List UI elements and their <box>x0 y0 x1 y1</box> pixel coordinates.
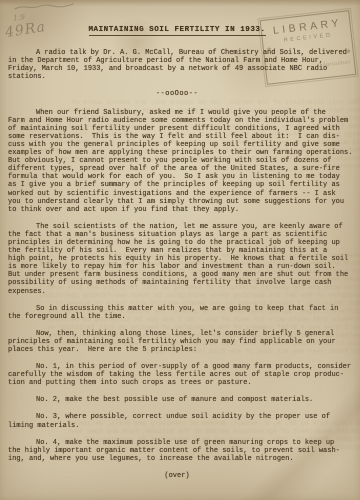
scanned-document-page: { "doc": { "pencil": { "mark_top": "1.9"… <box>0 0 360 500</box>
document-paragraph: Now, then, thinking along those lines, l… <box>8 330 360 354</box>
document-paragraph: So in discussing this matter with you, w… <box>8 305 360 321</box>
document-title: MAINTAINING SOIL FERTILITY IN 1933. <box>8 26 346 34</box>
document-paragraph: When our friend Salisbury, asked me if I… <box>8 109 360 214</box>
document-paragraph-principle-3: No. 3, where possible, correct undue soi… <box>8 413 360 429</box>
document-title-text: MAINTAINING SOIL FERTILITY IN 1933. <box>89 26 266 36</box>
document-paragraph: The soil scientists of the nation, let m… <box>8 223 360 296</box>
section-separator: --ooOoo-- <box>8 90 346 98</box>
intro-paragraph: A radio talk by Dr. A. G. McCall, Bureau… <box>8 49 360 81</box>
document-body: MAINTAINING SOIL FERTILITY IN 1933. A ra… <box>0 0 360 500</box>
document-paragraph-principle-2: No. 2, make the best possible use of man… <box>8 396 360 404</box>
page-turn-indicator: (over) <box>8 472 346 480</box>
document-paragraph-principle-4: No. 4, make the maximum possible use of … <box>8 439 360 463</box>
document-paragraph-principle-1: No. 1, in this period of over-supply of … <box>8 363 360 387</box>
